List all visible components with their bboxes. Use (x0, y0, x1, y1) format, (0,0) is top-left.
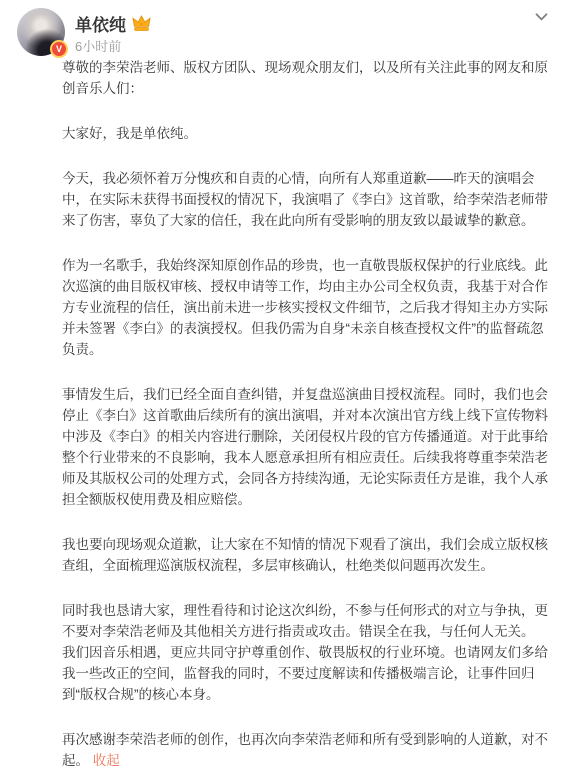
collapse-link[interactable]: 收起 (93, 753, 120, 768)
post-paragraph: 尊敬的李荣浩老师、版权方团队、现场观众朋友们，以及所有关注此事的网友和原创音乐人… (62, 57, 553, 99)
author-row: 单依纯 (75, 11, 151, 36)
verified-badge-icon: V (50, 40, 68, 58)
post-paragraph: 再次感谢李荣浩老师的创作，也再次向李荣浩老师和所有受到影响的人道歉，对不起。 收… (62, 729, 553, 771)
avatar[interactable]: V (17, 8, 65, 56)
post-body: 尊敬的李荣浩老师、版权方团队、现场观众朋友们，以及所有关注此事的网友和原创音乐人… (62, 57, 553, 771)
post-paragraph: 大家好，我是单依纯。 (62, 123, 553, 144)
post-paragraph: 事情发生后，我们已经全面自查纠错，并复盘巡演曲目授权流程。同时，我们也会停止《李… (62, 384, 553, 510)
post-paragraph: 作为一名歌手，我始终深知原创作品的珍贵，也一直敬畏版权保护的行业底线。此次巡演的… (62, 255, 553, 360)
vip-crown-icon[interactable] (132, 15, 151, 32)
post-paragraph: 同时我也恳请大家，理性看待和讨论这次纠纷，不参与任何形式的对立与争执，更不要对李… (62, 600, 553, 705)
username[interactable]: 单依纯 (75, 11, 126, 36)
post-paragraph: 我也要向现场观众道歉，让大家在不知情的情况下观看了演出，我们会成立版权核查组，全… (62, 534, 553, 576)
post-paragraph: 今天，我必须怀着万分愧疚和自责的心情，向所有人郑重道歉——昨天的演唱会中，在实际… (62, 168, 553, 231)
chevron-down-icon[interactable] (535, 13, 548, 21)
timestamp: 6小时前 (75, 36, 121, 55)
weibo-post: V 单依纯 6小时前 尊敬的李荣浩老师、版权方团队、现场观众朋友们，以及所有关注… (0, 0, 567, 773)
